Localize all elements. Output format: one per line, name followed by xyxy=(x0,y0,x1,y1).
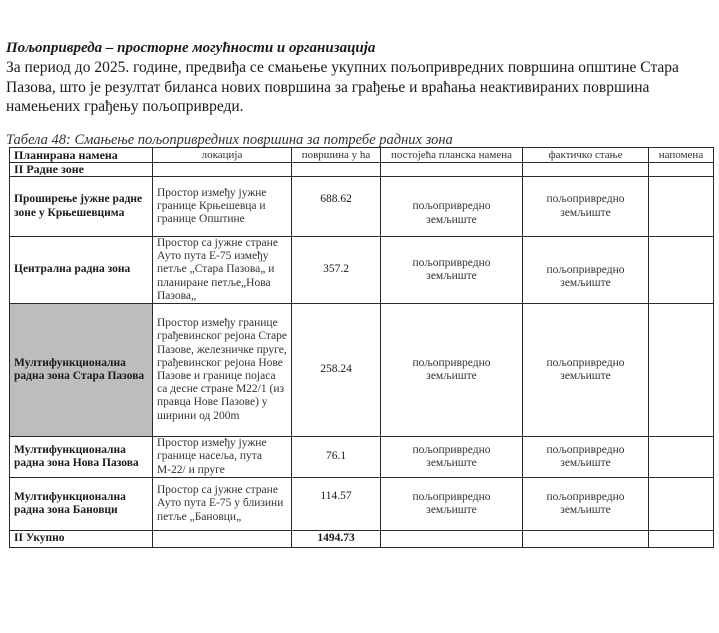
actual-state-value: пољопривредно земљиште xyxy=(546,491,626,517)
actual-state-value: пољопривредно земљиште xyxy=(546,264,626,290)
zone-area: 688.62 xyxy=(292,177,381,237)
header-note: напомена xyxy=(649,148,714,163)
table-header-row: Планирана намена локација површина у ha … xyxy=(10,148,714,163)
zone-area: 258.24 xyxy=(292,304,381,437)
table-row: Мултифункционална радна зона Нова Пазова… xyxy=(10,437,714,478)
table-row: Проширење јужне радне зоне у Крњешевцима… xyxy=(10,177,714,237)
total-row: II Укупно 1494.73 xyxy=(10,531,714,548)
zone-note xyxy=(649,478,714,531)
zone-actual-state: пољопривредно земљиште xyxy=(523,304,649,437)
header-planned-purpose: Планирана намена xyxy=(10,148,153,163)
area-value: 114.57 xyxy=(320,490,351,502)
zone-note xyxy=(649,177,714,237)
zone-planned-use: пољопривредно земљиште xyxy=(381,237,523,304)
zone-planned-use: пољопривредно земљиште xyxy=(381,437,523,478)
zone-name: Мултифункционална радна зона Нова Пазова xyxy=(10,437,153,478)
zone-location: Простор између јужне границе Крњешевца и… xyxy=(153,177,292,237)
planned-use-value: пољопривредно земљиште xyxy=(412,491,492,517)
planned-use-value: пољопривредно земљиште xyxy=(412,200,492,226)
zone-planned-use: пољопривредно земљиште xyxy=(381,304,523,437)
zone-name: Централна радна зона xyxy=(10,237,153,304)
zone-note xyxy=(649,237,714,304)
header-area: површина у ha xyxy=(292,148,381,163)
planned-use-value: пољопривредно земљиште xyxy=(412,257,492,283)
total-label: II Укупно xyxy=(10,531,153,548)
zone-area: 357.2 xyxy=(292,237,381,304)
header-existing-planned-use: постојећа планска намена xyxy=(381,148,523,163)
zone-location: Простор између јужне границе насеља, пут… xyxy=(153,437,292,478)
body-paragraph: За период до 2025. године, предвиђа се с… xyxy=(6,58,716,117)
zone-actual-state: пољопривредно земљиште xyxy=(523,177,649,237)
zone-area: 76.1 xyxy=(292,437,381,478)
actual-state-value: пољопривредно земљиште xyxy=(546,444,626,470)
zone-location: Простор између границе грађевинског рејо… xyxy=(153,304,292,437)
zone-note xyxy=(649,437,714,478)
zone-location: Простор са јужне стране Ауто пута Е-75 у… xyxy=(153,478,292,531)
zone-planned-use: пољопривредно земљиште xyxy=(381,177,523,237)
total-area: 1494.73 xyxy=(292,531,381,548)
reduction-table: Планирана намена локација површина у ha … xyxy=(9,147,714,548)
planned-use-value: пољопривредно земљиште xyxy=(412,357,492,383)
actual-state-value: пољопривредно земљиште xyxy=(546,357,626,383)
table-row: Централна радна зона Простор са јужне ст… xyxy=(10,237,714,304)
zone-note xyxy=(649,304,714,437)
zone-name: Проширење јужне радне зоне у Крњешевцима xyxy=(10,177,153,237)
zone-planned-use: пољопривредно земљиште xyxy=(381,478,523,531)
zone-area: 114.57 xyxy=(292,478,381,531)
zone-name-highlighted: Мултифункционална радна зона Стара Пазов… xyxy=(10,304,153,437)
zone-actual-state: пољопривредно земљиште xyxy=(523,437,649,478)
section-row: II Радне зоне xyxy=(10,163,714,177)
table-row: Мултифункционална радна зона Бановци Про… xyxy=(10,478,714,531)
zone-actual-state: пољопривредно земљиште xyxy=(523,237,649,304)
header-location: локација xyxy=(153,148,292,163)
table-row: Мултифункционална радна зона Стара Пазов… xyxy=(10,304,714,437)
planned-use-value: пољопривредно земљиште xyxy=(412,444,492,470)
area-value: 688.62 xyxy=(320,193,352,205)
section-heading: Пољопривреда – просторне могућности и ор… xyxy=(6,40,375,57)
header-actual-state: фактичко стање xyxy=(523,148,649,163)
zone-actual-state: пољопривредно земљиште xyxy=(523,478,649,531)
zone-name: Мултифункционална радна зона Бановци xyxy=(10,478,153,531)
zone-location: Простор са јужне стране Ауто пута Е-75 и… xyxy=(153,237,292,304)
section-label: II Радне зоне xyxy=(10,163,153,177)
